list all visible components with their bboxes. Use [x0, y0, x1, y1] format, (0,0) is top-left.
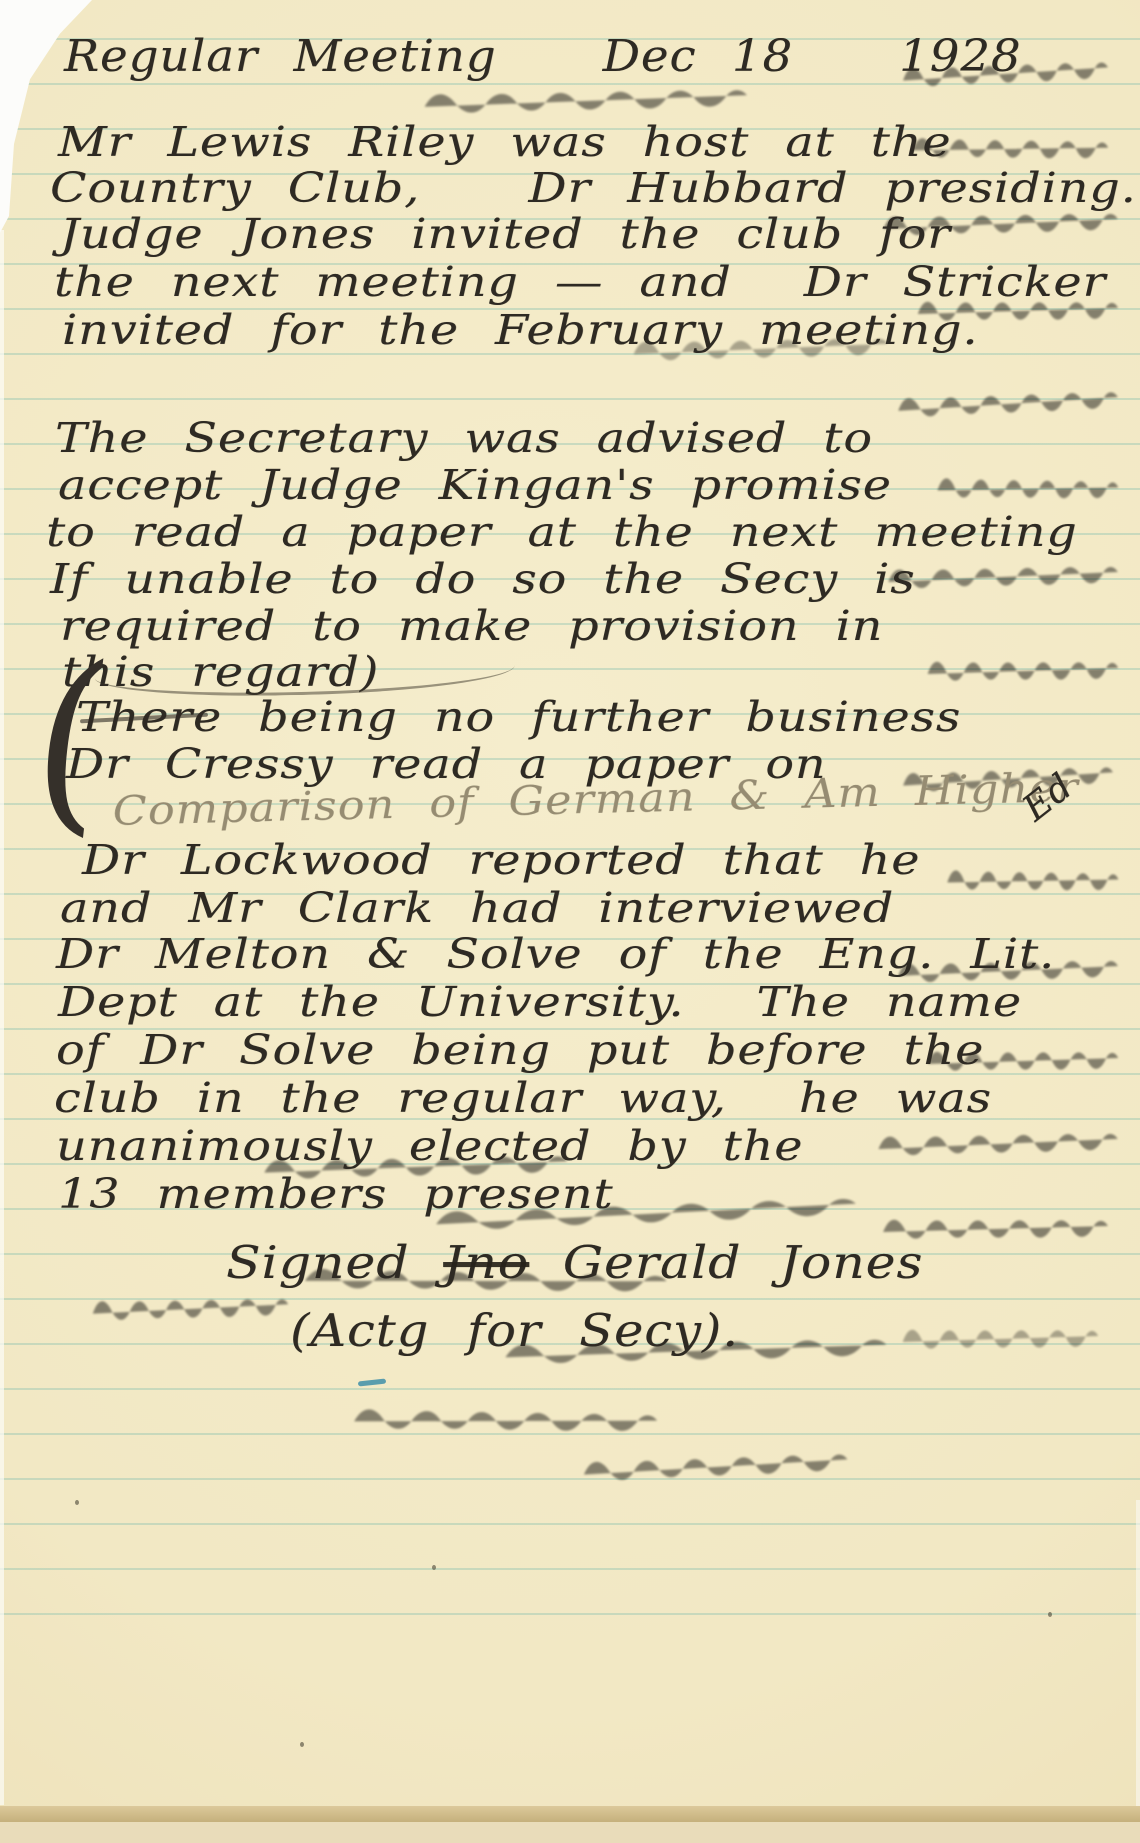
signature-line: SignedJnoGerald Jones	[226, 1238, 923, 1288]
scanned-document: Regular Meeting Dec 18 1928 Mr Lewis Ril…	[0, 0, 1140, 1843]
handwritten-line: The Secretary was advised to	[55, 416, 873, 462]
signed-label: Signed	[226, 1236, 410, 1289]
handwritten-line: Dept at the University. The name	[58, 980, 1022, 1026]
handwritten-line: accept Judge Kingan's promise	[58, 463, 892, 509]
ink-bleed-through	[885, 556, 1121, 594]
handwritten-line: Dr Melton & Solve of the Eng. Lit.	[56, 932, 1055, 978]
page-edge-bottom	[0, 1806, 1140, 1822]
handwritten-line: to read a paper at the next meeting	[46, 510, 1078, 556]
handwritten-line: Mr Lewis Riley was host at the	[58, 120, 951, 166]
ink-bleed-through	[875, 1123, 1121, 1161]
handwritten-line: of Dr Solve being put before the	[56, 1028, 984, 1074]
handwritten-line: Country Club, Dr Hubbard presiding.	[50, 166, 1137, 212]
ink-bleed-through	[350, 1399, 661, 1438]
handwritten-line: Dr Lockwood reported that he	[82, 838, 920, 884]
handwritten-line: Judge Jones invited the club for	[60, 212, 951, 258]
struck-out-name: Jno	[443, 1236, 529, 1289]
handwritten-line: required to make provision in	[60, 604, 883, 650]
handwritten-line: and Mr Clark had interviewed	[60, 886, 894, 932]
paper-speck	[1048, 1612, 1052, 1617]
page-edge-left	[0, 230, 4, 1805]
handwritten-line: invited for the February meeting.	[62, 308, 978, 354]
ink-bleed-through	[420, 79, 751, 119]
handwritten-line: There being no further business	[76, 695, 961, 741]
handwritten-line: unanimously elected by the	[56, 1124, 803, 1170]
page-under-sheet	[0, 1822, 1140, 1843]
ink-bleed-through	[925, 652, 1120, 686]
page-edge-right	[1136, 1500, 1140, 1806]
ink-bleed-through	[900, 1320, 1100, 1354]
ink-bleed-through	[935, 468, 1121, 505]
handwritten-line: 13 members present	[58, 1172, 614, 1218]
paper-speck	[300, 1742, 304, 1747]
handwritten-line: the next meeting — and Dr Stricker	[54, 260, 1106, 306]
paper-speck	[432, 1565, 436, 1570]
signer-name: Gerald Jones	[563, 1236, 924, 1289]
handwritten-line: club in the regular way, he was	[54, 1076, 992, 1122]
paper-speck	[75, 1500, 79, 1505]
ink-bleed-through	[90, 1288, 291, 1325]
handwritten-line: If unable to do so the Secy is	[50, 557, 916, 603]
ink-bleed-through	[945, 860, 1121, 897]
signature-role-line: (Actg for Secy).	[290, 1306, 739, 1356]
page-title: Regular Meeting Dec 18 1928	[64, 32, 1022, 81]
